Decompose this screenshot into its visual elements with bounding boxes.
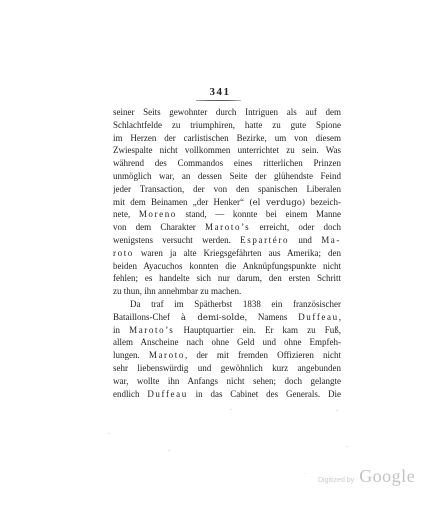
text-segment-letterspaced: Maroto’s <box>129 325 174 335</box>
text-segment: in das Cabinet des Generals. Die <box>188 389 341 399</box>
scan-speck <box>108 433 110 434</box>
text-segment: Hauptquartier ein. Er kam zu Fuß, <box>174 325 341 335</box>
text-line: von dem Charakter Maroto’s erreicht, ode… <box>113 221 341 234</box>
text-line: lungen. Maroto, der mit fremden Offizier… <box>113 349 341 362</box>
text-segment: Bataillons-Chef <box>113 312 181 322</box>
text-line: unmöglich war, an dessen Seite der glühe… <box>113 170 341 183</box>
text-segment: jeder Transaction, der von den spanische… <box>113 184 341 194</box>
text-segment-letterspaced: Ma- <box>321 235 341 245</box>
text-line: im Herzen der carlistischen Bezirke, um … <box>113 132 341 145</box>
text-segment: Schlachtfelde zu triumphiren, hatte zu g… <box>113 120 341 130</box>
text-segment: stand, — konnte bei einem Manne <box>177 209 341 219</box>
text-line: Da traf im Spätherbst 1838 ein französis… <box>113 298 341 311</box>
text-segment: und <box>289 235 321 245</box>
text-line: fehlen; es handelte sich nur darum, den … <box>113 272 341 285</box>
scan-speck <box>168 450 170 451</box>
text-line: zu thun, ihn annehmbar zu machen. <box>113 285 341 298</box>
text-segment: bezeich- <box>305 197 341 207</box>
text-segment: Da traf im Spätherbst 1838 ein französis… <box>130 299 341 309</box>
text-segment: nete, <box>113 209 139 219</box>
text-segment-letterspaced: Espartéro <box>240 235 289 245</box>
text-segment-letterspaced: roto <box>113 248 134 258</box>
text-segment-antiqua: (el verdugo) <box>249 198 305 208</box>
text-segment: in <box>113 325 129 335</box>
text-segment-letterspaced: Duffeau <box>147 389 188 399</box>
page-header: 341 <box>106 82 334 100</box>
text-line: Schlachtfelde zu triumphiren, hatte zu g… <box>113 119 341 132</box>
scan-speck <box>336 410 338 411</box>
text-segment: war, wollte ihn Anfangs nicht sehen; doc… <box>113 376 341 386</box>
text-segment: , Namens <box>245 312 299 322</box>
text-segment: , der mit fremden Offizieren nicht <box>185 350 341 360</box>
digitized-watermark: Digitized by Google <box>318 466 415 487</box>
text-segment: mit dem Beinamen „der Henker“ <box>113 197 249 207</box>
scan-speck <box>230 409 232 410</box>
header-rule <box>196 100 241 101</box>
text-segment: erreicht, oder doch <box>250 222 341 232</box>
text-line: nete, Moreno stand, — konnte bei einem M… <box>113 208 341 221</box>
watermark-prefix: Digitized by <box>318 477 354 484</box>
text-segment: , <box>339 312 341 322</box>
text-segment: beiden Ayacuchos konnten die Anknüpfungs… <box>113 261 341 271</box>
text-line: allem Anscheine nach ohne Geld und ohne … <box>113 336 341 349</box>
text-segment: waren ja alte Kriegsgefährten aus Amerik… <box>134 248 341 258</box>
text-segment: fehlen; es handelte sich nur darum, den … <box>113 273 341 283</box>
text-block: seiner Seits gewohnter durch Intriguen a… <box>113 106 341 400</box>
text-line: war, wollte ihn Anfangs nicht sehen; doc… <box>113 375 341 388</box>
text-line: sehr liebenswürdig und gewöhnlich kurz a… <box>113 362 341 375</box>
google-logo: Google <box>359 466 415 487</box>
text-segment: zu thun, ihn annehmbar zu machen. <box>113 286 241 296</box>
page-number: 341 <box>210 86 231 98</box>
text-segment: allem Anscheine nach ohne Geld und ohne … <box>113 337 341 347</box>
text-line: während des Commandos eines ritterlichen… <box>113 157 341 170</box>
text-segment: sehr liebenswürdig und gewöhnlich kurz a… <box>113 363 341 373</box>
text-segment-letterspaced: Duffeau <box>298 312 339 322</box>
text-segment: lungen. <box>113 350 149 360</box>
text-segment-letterspaced: Maroto’s <box>205 222 250 232</box>
scanned-book-page: 341 seiner Seits gewohnter durch Intrigu… <box>0 0 448 512</box>
text-line: jeder Transaction, der von den spanische… <box>113 183 341 196</box>
text-segment: unmöglich war, an dessen Seite der glühe… <box>113 171 341 181</box>
text-segment-letterspaced: Moreno <box>139 209 177 219</box>
text-line: in Maroto’s Hauptquartier ein. Er kam zu… <box>113 324 341 337</box>
text-segment: Zwiespalte nicht vollkommen unterrichtet… <box>113 145 341 155</box>
text-line: beiden Ayacuchos konnten die Anknüpfungs… <box>113 260 341 273</box>
text-line: Bataillons-Chef à demi-solde, Namens Duf… <box>113 311 341 324</box>
text-line: mit dem Beinamen „der Henker“ (el verdug… <box>113 196 341 209</box>
scan-speck <box>346 446 348 447</box>
text-line: roto waren ja alte Kriegsgefährten aus A… <box>113 247 341 260</box>
text-segment-antiqua: à demi-solde <box>181 313 245 323</box>
text-segment: während des Commandos eines ritterlichen… <box>113 158 341 168</box>
text-segment: von dem Charakter <box>113 222 205 232</box>
text-segment: endlich <box>113 389 147 399</box>
text-line: Zwiespalte nicht vollkommen unterrichtet… <box>113 144 341 157</box>
text-segment: im Herzen der carlistischen Bezirke, um … <box>113 133 341 143</box>
text-segment: seiner Seits gewohnter durch Intriguen a… <box>113 107 341 117</box>
text-line: wenigstens versucht werden. Espartéro un… <box>113 234 341 247</box>
text-segment-letterspaced: Maroto <box>149 350 185 360</box>
text-segment: wenigstens versucht werden. <box>113 235 240 245</box>
scan-speck <box>305 473 306 474</box>
text-line: seiner Seits gewohnter durch Intriguen a… <box>113 106 341 119</box>
text-line: endlich Duffeau in das Cabinet des Gener… <box>113 388 341 401</box>
